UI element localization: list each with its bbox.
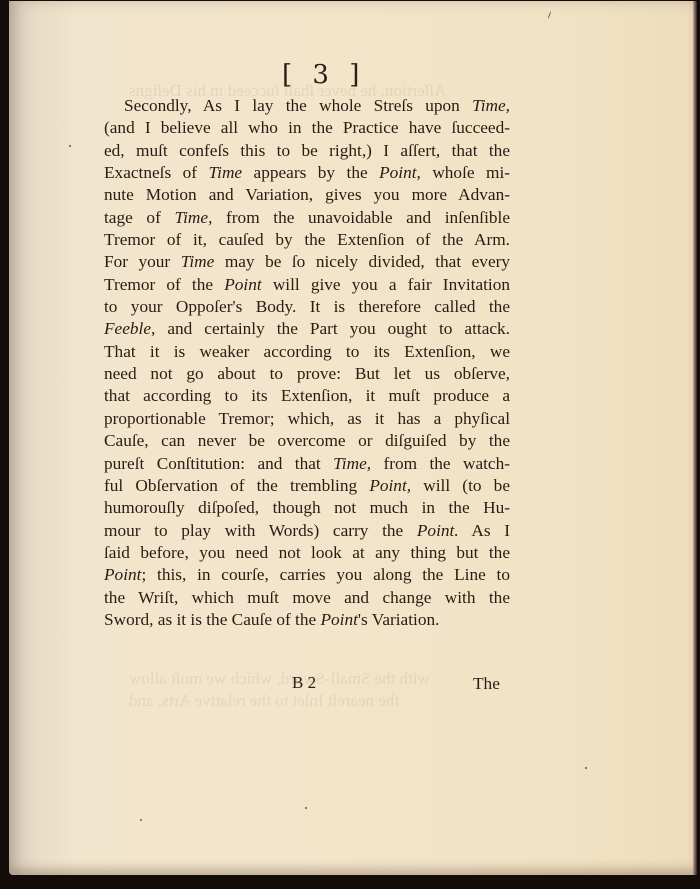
- show-through-text: the neareſt Inlet to the relative Arts, …: [129, 691, 399, 711]
- text-run: will give you a fair Invitation: [262, 275, 510, 294]
- text-line: That it is weaker according to its Exten…: [104, 341, 510, 363]
- text-line: (and I believe all who in the Practice h…: [104, 117, 510, 139]
- signature-mark: B 2: [292, 673, 316, 693]
- text-run: to your Oppoſer's Body. It is therefore …: [104, 297, 510, 316]
- italic-term: Point: [320, 610, 357, 629]
- italic-term: Time,: [174, 208, 212, 227]
- text-line: Secondly, As I lay the whole Streſs upon…: [104, 95, 510, 117]
- text-line: mour to play with Words) carry the Point…: [104, 520, 510, 542]
- text-run: For your: [104, 252, 181, 271]
- text-run: nute Motion and Variation, gives you mor…: [104, 185, 510, 204]
- text-run: mour to play with Words) carry the: [104, 521, 417, 540]
- text-line: proportionable Tremor; which, as it has …: [104, 408, 510, 430]
- paper-speck: [305, 807, 307, 809]
- text-line: For your Time may be ſo nicely divided, …: [104, 251, 510, 273]
- text-line: need not go about to prove: But let us o…: [104, 363, 510, 385]
- show-through-text: with the Small-Sword, which we muſt allo…: [129, 669, 430, 689]
- text-run: Exactneſs of: [104, 163, 208, 182]
- text-line: Sword, as it is the Cauſe of the Point's…: [104, 609, 510, 631]
- text-line: nute Motion and Variation, gives you mor…: [104, 184, 510, 206]
- text-line: pureſt Conſtitution: and that Time, from…: [104, 453, 510, 475]
- paper-speck: [69, 145, 71, 147]
- text-run: Tremor of the: [104, 275, 224, 294]
- text-run: (and I believe all who in the Practice h…: [104, 118, 510, 137]
- text-run: from the unavoidable and inſenſible: [212, 208, 510, 227]
- text-line: Feeble, and certainly the Part you ought…: [104, 318, 510, 340]
- text-run: Tremor of it, cauſed by the Extenſion of…: [104, 230, 510, 249]
- text-run: that according to its Extenſion, it muſt…: [104, 386, 510, 405]
- text-line: the Wriſt, which muſt move and change wi…: [104, 587, 510, 609]
- paper-speck: [140, 819, 142, 821]
- text-run: ſaid before, you need not look at any th…: [104, 543, 510, 562]
- text-run: 's Variation.: [358, 610, 440, 629]
- italic-term: Point: [104, 565, 141, 584]
- paper-speck: [548, 11, 552, 19]
- text-line: tage of Time, from the unavoidable and i…: [104, 207, 510, 229]
- italic-term: Time: [181, 252, 215, 271]
- page-number-header: [ 3 ]: [282, 60, 365, 90]
- text-run: the Wriſt, which muſt move and change wi…: [104, 588, 510, 607]
- text-line: Tremor of the Point will give you a fair…: [104, 274, 510, 296]
- text-line: ed, muſt confeſs this to be right,) I aſ…: [104, 140, 510, 162]
- text-run: tage of: [104, 208, 174, 227]
- text-run: may be ſo nicely divided, that every: [214, 252, 510, 271]
- text-run: ful Obſervation of the trembling: [104, 476, 369, 495]
- text-line: ful Obſervation of the trembling Point, …: [104, 475, 510, 497]
- text-run: humorouſly diſpoſed, though not much in …: [104, 498, 510, 517]
- paper-speck: [585, 767, 587, 769]
- italic-term: Feeble,: [104, 319, 155, 338]
- italic-term: Time,: [333, 454, 371, 473]
- text-run: As I: [459, 521, 510, 540]
- italic-term: Point,: [369, 476, 411, 495]
- italic-term: Point,: [379, 163, 421, 182]
- text-line: that according to its Extenſion, it muſt…: [104, 385, 510, 407]
- text-run: ; this, in courſe, carries you along the…: [141, 565, 510, 584]
- text-line: ſaid before, you need not look at any th…: [104, 542, 510, 564]
- text-line: Cauſe, can never be overcome or diſguiſe…: [104, 430, 510, 452]
- italic-term: Point.: [417, 521, 459, 540]
- italic-term: Time: [208, 163, 242, 182]
- text-line: Tremor of it, cauſed by the Extenſion of…: [104, 229, 510, 251]
- text-run: pureſt Conſtitution: and that: [104, 454, 333, 473]
- catchword: The: [473, 674, 500, 694]
- text-run: will (to be: [411, 476, 510, 495]
- text-line: Exactneſs of Time appears by the Point, …: [104, 162, 510, 184]
- text-run: Sword, as it is the Cauſe of the: [104, 610, 320, 629]
- text-line: to your Oppoſer's Body. It is therefore …: [104, 296, 510, 318]
- italic-term: Time,: [472, 96, 510, 115]
- text-run: whoſe mi-: [421, 163, 510, 182]
- text-run: and certainly the Part you ought to atta…: [155, 319, 510, 338]
- text-line: humorouſly diſpoſed, though not much in …: [104, 497, 510, 519]
- text-run: appears by the: [242, 163, 379, 182]
- text-run: ed, muſt confeſs this to be right,) I aſ…: [104, 141, 510, 160]
- text-run: from the watch-: [371, 454, 510, 473]
- text-line: Point; this, in courſe, carries you alon…: [104, 564, 510, 586]
- text-run: proportionable Tremor; which, as it has …: [104, 409, 510, 428]
- text-run: need not go about to prove: But let us o…: [104, 364, 510, 383]
- italic-term: Point: [224, 275, 261, 294]
- text-run: Cauſe, can never be overcome or diſguiſe…: [104, 431, 510, 450]
- text-run: That it is weaker according to its Exten…: [104, 342, 510, 361]
- body-paragraph: Secondly, As I lay the whole Streſs upon…: [104, 95, 510, 631]
- text-run: Secondly, As I lay the whole Streſs upon: [124, 96, 472, 115]
